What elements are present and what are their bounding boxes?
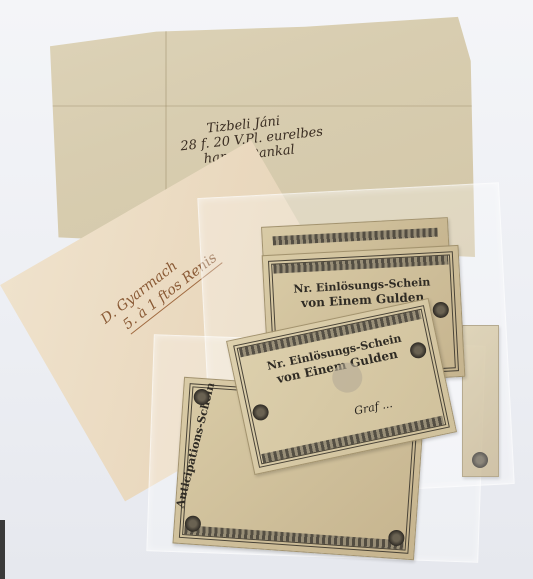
seal-icon — [472, 452, 488, 468]
photo-scene: Tizbeli Jáni 28 f. 20 V.Pl. eurelbes ham… — [0, 0, 533, 579]
banknote — [462, 325, 499, 477]
table-edge — [0, 520, 5, 579]
ornament-band — [273, 228, 438, 246]
fold-line — [50, 105, 475, 107]
